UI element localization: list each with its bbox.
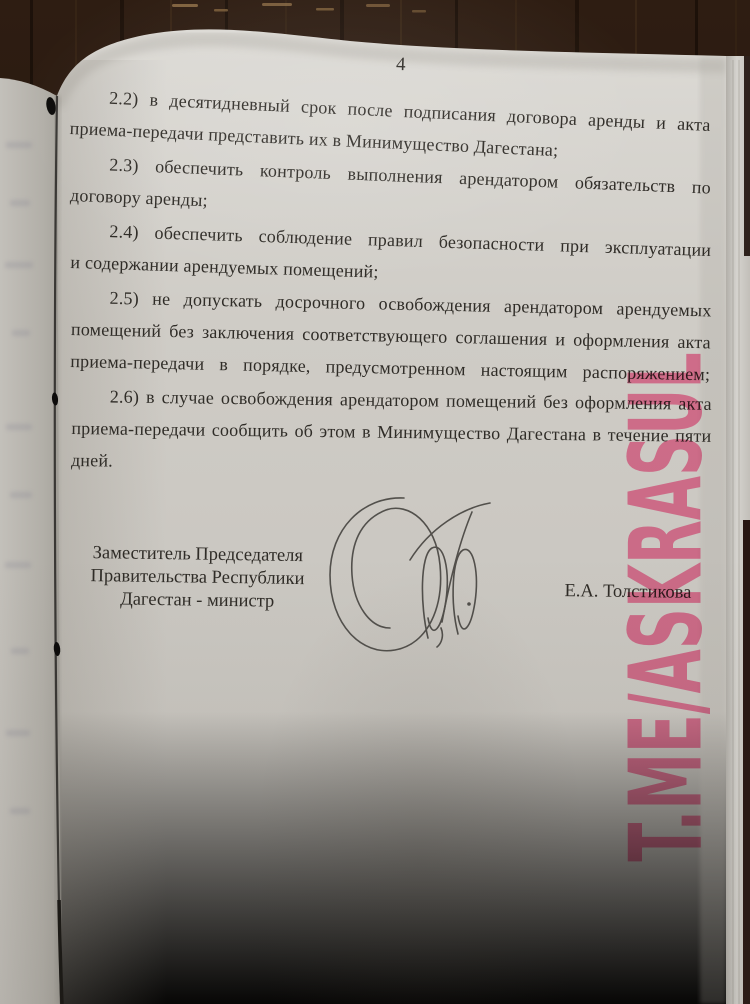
document-photo: 4 2.2) в десятидневный срок после подпис… [0,0,750,1004]
handwritten-signature [325,472,505,667]
signoff-line: Правительства Республики [83,565,311,591]
body-text: 2.2) в десятидневный срок после подписан… [72,80,712,476]
signoff-position-title: Заместитель Председателя Правительства Р… [83,542,312,614]
signer-name: Е.А. Толстикова [558,581,698,604]
signoff-line: Дагестан - министр [83,588,311,614]
signoff-line: Заместитель Председателя [84,542,312,568]
page-number: 4 [396,54,407,76]
paragraph: 2.5) не допускать досрочного освобождени… [70,281,712,390]
document-page: 4 2.2) в десятидневный срок после подпис… [0,0,750,1004]
paragraph: 2.6) в случае освобождения арендатором п… [71,380,712,484]
